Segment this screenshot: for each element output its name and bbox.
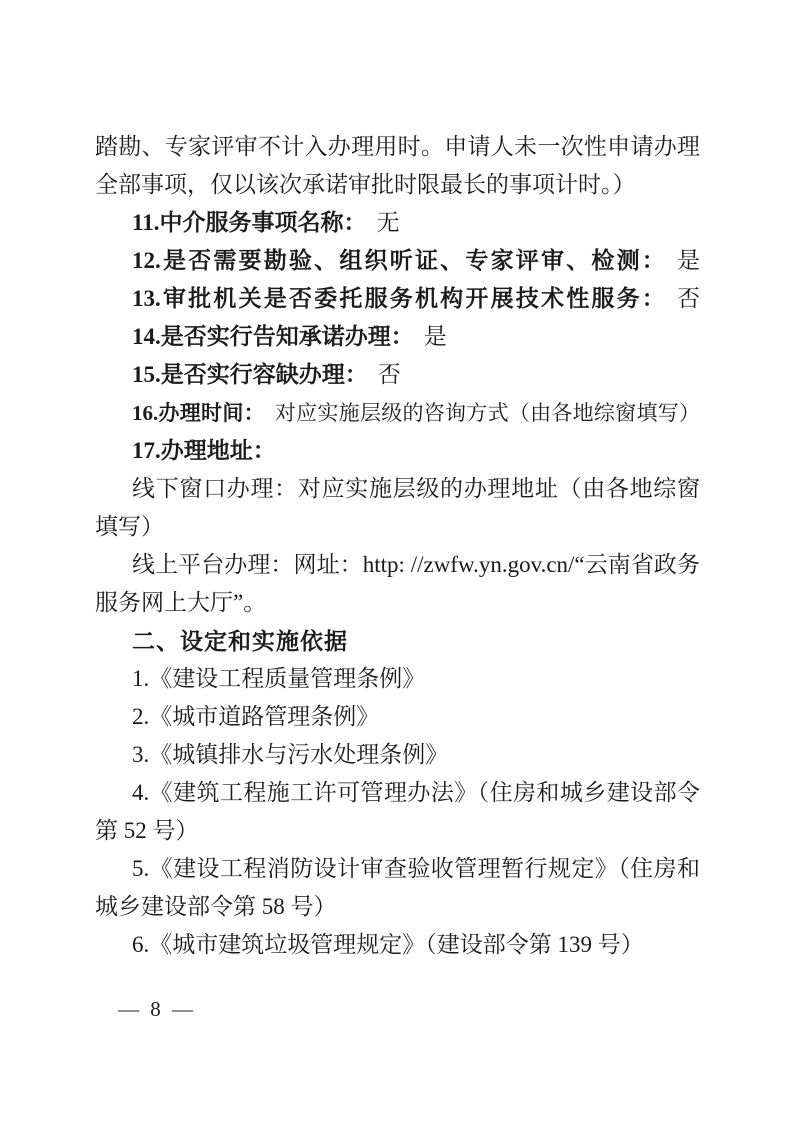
field-value: 否 — [677, 286, 700, 311]
field-value: 是 — [677, 248, 700, 273]
field-value: 对应实施层级的咨询方式（由各地综窗填写） — [275, 401, 700, 425]
legal-basis-item-4: 4.《建筑工程施工许可管理办法》（住房和城乡建设部令第 52 号） — [95, 774, 700, 850]
legal-basis-item-5: 5.《建设工程消防设计审查验收管理暂行规定》（住房和城乡建设部令第 58 号） — [95, 850, 700, 926]
page-number: — 8 — — [118, 997, 196, 1022]
field-item-11: 11.中介服务事项名称：无 — [95, 204, 700, 242]
field-value: 是 — [424, 324, 447, 349]
field-label: 16.办理时间： — [132, 401, 265, 425]
field-value: 否 — [378, 362, 401, 387]
legal-basis-item-1: 1.《建设工程质量管理条例》 — [95, 660, 700, 698]
document-page: 踏勘、专家评审不计入办理用时。申请人未一次性申请办理全部事项，仅以该次承诺审批时… — [0, 0, 793, 1122]
legal-basis-item-2: 2.《城市道路管理条例》 — [95, 698, 700, 736]
page-content: 踏勘、专家评审不计入办理用时。申请人未一次性申请办理全部事项，仅以该次承诺审批时… — [95, 128, 700, 964]
legal-basis-item-6: 6.《城市建筑垃圾管理规定》（建设部令第 139 号） — [95, 926, 700, 964]
online-channel-paragraph: 线上平台办理：网址：http: //zwfw.yn.gov.cn/“云南省政务服… — [95, 546, 700, 622]
section-heading: 二、设定和实施依据 — [95, 622, 700, 660]
field-label: 11.中介服务事项名称： — [132, 210, 366, 235]
field-label: 13.审批机关是否委托服务机构开展技术性服务： — [132, 286, 667, 311]
field-item-13: 13.审批机关是否委托服务机构开展技术性服务：否 — [95, 280, 700, 318]
field-item-17: 17.办理地址： — [95, 432, 700, 470]
field-item-12: 12.是否需要勘验、组织听证、专家评审、检测：是 — [95, 242, 700, 280]
field-label: 17.办理地址： — [132, 438, 276, 463]
offline-channel-paragraph: 线下窗口办理：对应实施层级的办理地址（由各地综窗填写） — [95, 470, 700, 546]
field-item-14: 14.是否实行告知承诺办理：是 — [95, 318, 700, 356]
field-item-15: 15.是否实行容缺办理：否 — [95, 356, 700, 394]
field-label: 12.是否需要勘验、组织听证、专家评审、检测： — [132, 248, 667, 273]
field-value: 无 — [376, 210, 399, 235]
continuation-paragraph: 踏勘、专家评审不计入办理用时。申请人未一次性申请办理全部事项，仅以该次承诺审批时… — [95, 128, 700, 204]
legal-basis-item-3: 3.《城镇排水与污水处理条例》 — [95, 736, 700, 774]
field-item-16: 16.办理时间：对应实施层级的咨询方式（由各地综窗填写） — [95, 394, 700, 432]
field-label: 14.是否实行告知承诺办理： — [132, 324, 414, 349]
field-label: 15.是否实行容缺办理： — [132, 362, 368, 387]
